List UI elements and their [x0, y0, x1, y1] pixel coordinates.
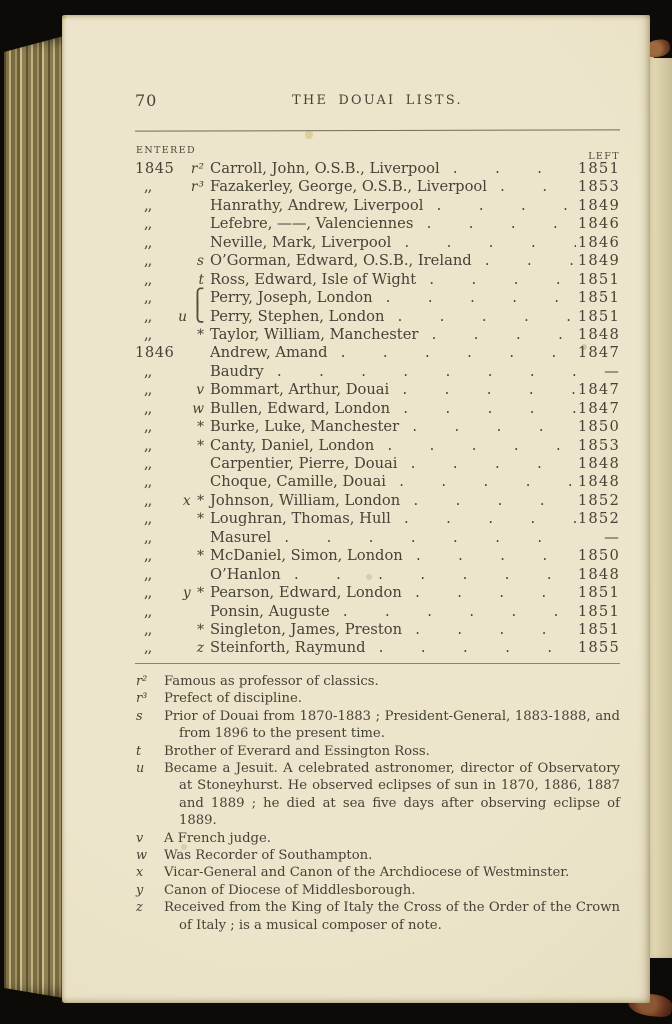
leader-dots — [423, 197, 576, 214]
table-row: ,, y * Pearson, Edward, London 1851 — [135, 584, 620, 602]
footnote-flag: * — [179, 419, 210, 435]
entered-year: ,, — [135, 400, 179, 417]
student-name: O’Gorman, Edward, O.S.B., Ireland — [210, 252, 472, 269]
table-row: ,, r³ Fazakerley, George, O.S.B., Liverp… — [135, 178, 620, 196]
footnote: u Became a Jesuit. A celebrated astronom… — [135, 760, 620, 830]
leader-dots — [402, 621, 576, 638]
leader-dots — [403, 547, 576, 564]
footnote-flag: v — [179, 382, 210, 398]
table-row: ,, * Loughran, Thomas, Hull 1852 — [135, 510, 620, 528]
left-year: 1846 — [576, 234, 620, 251]
footnote-flag: * — [179, 511, 210, 527]
left-year: 1853 — [576, 178, 620, 195]
footnote: s Prior of Douai from 1870-1883 ; Presid… — [135, 708, 620, 743]
table-row: ,, * Burke, Luke, Manchester 1850 — [135, 418, 620, 436]
footnote-flag: y * — [179, 585, 210, 601]
footnote-text: Brother of Everard and Essington Ross. — [164, 743, 620, 760]
entered-year: ,, — [135, 363, 179, 380]
left-year: 1846 — [576, 215, 620, 232]
student-name: Taylor, William, Manchester — [210, 326, 418, 343]
footnote-text: Canon of Diocese of Middlesborough. — [164, 882, 620, 899]
book-page: 70 THE DOUAI LISTS. ENTERED LEFT 1845 r²… — [62, 15, 650, 1003]
footnote: t Brother of Everard and Essington Ross. — [135, 743, 620, 760]
entered-year: ,, — [135, 492, 179, 509]
leader-dots — [328, 344, 577, 361]
leader-dots — [390, 400, 576, 417]
entered-year: ,, — [135, 639, 179, 656]
table-row: ,, Neville, Mark, Liverpool 1846 — [135, 234, 620, 252]
left-year: 1852 — [576, 510, 620, 527]
entered-year: 1845 — [135, 160, 179, 177]
book-photo: 70 THE DOUAI LISTS. ENTERED LEFT 1845 r²… — [0, 0, 672, 1024]
left-year: 1847 — [576, 344, 620, 361]
entered-year: ,, — [135, 381, 179, 398]
table-row: ,, Lefebre, ——, Valenciennes 1846 — [135, 215, 620, 233]
leader-dots — [413, 215, 576, 232]
footnote-marker: r³ — [135, 690, 164, 707]
header-rule — [135, 129, 620, 131]
entered-year: ,, — [135, 547, 179, 564]
entered-year: ,, — [135, 603, 179, 620]
student-name: Burke, Luke, Manchester — [210, 418, 399, 435]
entered-year: ,, — [135, 271, 179, 288]
column-headers: ENTERED LEFT — [135, 145, 620, 159]
table-row: ,, t Ross, Edward, Isle of Wight 1851 — [135, 271, 620, 289]
footnote-marker: r² — [135, 673, 164, 690]
leader-dots — [418, 326, 576, 343]
left-year: 1851 — [576, 308, 620, 325]
student-name: McDaniel, Simon, London — [210, 547, 403, 564]
table-row: ,, z Steinforth, Raymund 1855 — [135, 639, 620, 657]
left-year: 1849 — [576, 252, 620, 269]
leader-dots — [374, 437, 576, 454]
entry-list: 1845 r² Carroll, John, O.S.B., Liverpool… — [135, 160, 620, 658]
footnote-flag: w — [179, 401, 210, 417]
left-year: 1855 — [576, 639, 620, 656]
footnote-text: Received from the King of Italy the Cros… — [164, 899, 620, 934]
footnote-flag: r³ — [179, 179, 210, 195]
footnote-text: Famous as professor of classics. — [164, 673, 620, 690]
footnote-flag: x * — [179, 493, 210, 509]
footnote-flag: * — [179, 438, 210, 454]
entered-year: ,, — [135, 308, 179, 325]
left-year: 1850 — [576, 418, 620, 435]
left-year: 1848 — [576, 326, 620, 343]
footnote-text: A French judge. — [164, 830, 620, 847]
footnote-text: Prior of Douai from 1870-1883 ; Presiden… — [164, 708, 620, 743]
leader-dots — [386, 473, 576, 490]
table-row: ,, ⎧ Perry, Joseph, London 1851 — [135, 289, 620, 307]
footnote-marker: v — [135, 830, 164, 847]
left-year: 1851 — [576, 584, 620, 601]
footnote: r³ Prefect of discipline. — [135, 690, 620, 707]
footnote: y Canon of Diocese of Middlesborough. — [135, 882, 620, 899]
footnote-text: Vicar-General and Canon of the Archdioce… — [164, 864, 620, 881]
entered-year: ,, — [135, 326, 179, 343]
student-name: Bommart, Arthur, Douai — [210, 381, 389, 398]
student-name: Hanrathy, Andrew, Liverpool — [210, 197, 423, 214]
leader-dots — [397, 455, 576, 472]
table-row: ,, Choque, Camille, Douai 1848 — [135, 473, 620, 491]
left-year: — — [576, 363, 620, 380]
book-page-edges — [4, 36, 64, 998]
student-name: Canty, Daniel, London — [210, 437, 374, 454]
footnote-flag: z — [179, 640, 210, 656]
entered-year: ,, — [135, 418, 179, 435]
student-name: Bullen, Edward, London — [210, 400, 390, 417]
left-year: 1853 — [576, 437, 620, 454]
left-year: 1849 — [576, 197, 620, 214]
footnote-flag: t — [179, 272, 210, 288]
leader-dots — [402, 584, 576, 601]
left-year: 1851 — [576, 603, 620, 620]
entered-year: ,, — [135, 234, 179, 251]
table-row: 1846 Andrew, Amand 1847 — [135, 344, 620, 362]
table-row: ,, v Bommart, Arthur, Douai 1847 — [135, 381, 620, 399]
table-row: 1845 r² Carroll, John, O.S.B., Liverpool… — [135, 160, 620, 178]
table-row: ,, * Taylor, William, Manchester 1848 — [135, 326, 620, 344]
footnote-list: r² Famous as professor of classics. r³ P… — [135, 673, 620, 934]
leader-dots — [391, 234, 576, 251]
table-row: ,, O’Hanlon 1848 — [135, 566, 620, 584]
student-name: Andrew, Amand — [210, 344, 328, 361]
footnote-marker: y — [135, 882, 164, 899]
footnote-marker: s — [135, 708, 164, 725]
left-year: 1848 — [576, 455, 620, 472]
student-name: Ross, Edward, Isle of Wight — [210, 271, 416, 288]
leader-dots — [330, 603, 576, 620]
student-name: Loughran, Thomas, Hull — [210, 510, 391, 527]
entered-year: ,, — [135, 510, 179, 527]
table-row: ,, x * Johnson, William, London 1852 — [135, 492, 620, 510]
table-row: ,, Carpentier, Pierre, Douai 1848 — [135, 455, 620, 473]
table-row: ,, * Canty, Daniel, London 1853 — [135, 437, 620, 455]
footnote-text: Was Recorder of Southampton. — [164, 847, 620, 864]
table-row: ,, s O’Gorman, Edward, O.S.B., Ireland 1… — [135, 252, 620, 270]
student-name: Choque, Camille, Douai — [210, 473, 386, 490]
left-year: 1847 — [576, 400, 620, 417]
footnote-marker: u — [135, 760, 164, 777]
footnote-flag: * — [179, 327, 210, 343]
student-name: Singleton, James, Preston — [210, 621, 402, 638]
entered-year: ,, — [135, 252, 179, 269]
student-name: Neville, Mark, Liverpool — [210, 234, 391, 251]
entered-year: ,, — [135, 215, 179, 232]
student-name: Perry, Stephen, London — [210, 308, 384, 325]
student-name: Johnson, William, London — [210, 492, 400, 509]
footnote: w Was Recorder of Southampton. — [135, 847, 620, 864]
leader-dots — [472, 252, 576, 269]
leader-dots — [384, 308, 576, 325]
footnote-text: Prefect of discipline. — [164, 690, 620, 707]
leader-dots — [281, 566, 576, 583]
footnote-marker: x — [135, 864, 164, 881]
student-name: Carroll, John, O.S.B., Liverpool — [210, 160, 440, 177]
footnote: r² Famous as professor of classics. — [135, 673, 620, 690]
leader-dots — [389, 381, 576, 398]
footnote-flag: s — [179, 253, 210, 269]
leader-dots — [416, 271, 576, 288]
left-year: 1852 — [576, 492, 620, 509]
leader-dots — [399, 418, 576, 435]
table-row: ,, Masurel — — [135, 529, 620, 547]
footnote-marker: z — [135, 899, 164, 916]
entered-year: ,, — [135, 197, 179, 214]
page-header: 70 THE DOUAI LISTS. — [135, 91, 620, 111]
table-row: ,, w Bullen, Edward, London 1847 — [135, 400, 620, 418]
footnote-flag: r² — [179, 161, 210, 177]
student-name: Ponsin, Auguste — [210, 603, 330, 620]
student-name: Fazakerley, George, O.S.B., Liverpool — [210, 178, 487, 195]
left-year: 1850 — [576, 547, 620, 564]
left-year: 1851 — [576, 160, 620, 177]
footnote-marker: t — [135, 743, 164, 760]
entered-year: ,, — [135, 473, 179, 490]
leader-dots — [391, 510, 576, 527]
entered-year: ,, — [135, 455, 179, 472]
left-year: 1851 — [576, 289, 620, 306]
footnote: z Received from the King of Italy the Cr… — [135, 899, 620, 934]
student-name: Lefebre, ——, Valenciennes — [210, 215, 413, 232]
entered-year: ,, — [135, 566, 179, 583]
left-year: 1848 — [576, 566, 620, 583]
entered-year: ,, — [135, 289, 179, 306]
left-year: 1851 — [576, 271, 620, 288]
table-row: ,, Baudry — — [135, 363, 620, 381]
brace-icon: ⎩ — [190, 306, 205, 316]
entered-year: 1846 — [135, 344, 179, 361]
table-row: ,, u⎩ Perry, Stephen, London 1851 — [135, 308, 620, 326]
table-row: ,, Hanrathy, Andrew, Liverpool 1849 — [135, 197, 620, 215]
left-year: 1851 — [576, 621, 620, 638]
entered-year: ,, — [135, 529, 179, 546]
footnote-rule — [135, 663, 620, 664]
footnote-flag: * — [179, 548, 210, 564]
table-row: ,, Ponsin, Auguste 1851 — [135, 603, 620, 621]
leader-dots — [487, 178, 576, 195]
student-name: Perry, Joseph, London — [210, 289, 373, 306]
footnote-flag: u⎩ — [179, 309, 210, 325]
leader-dots — [264, 363, 576, 380]
leader-dots — [271, 529, 576, 546]
student-name: Masurel — [210, 529, 271, 546]
student-name: Baudry — [210, 363, 264, 380]
running-title: THE DOUAI LISTS. — [135, 93, 620, 108]
student-name: Carpentier, Pierre, Douai — [210, 455, 397, 472]
left-year: — — [576, 529, 620, 546]
leader-dots — [440, 160, 576, 177]
entered-year: ,, — [135, 437, 179, 454]
left-year: 1847 — [576, 381, 620, 398]
column-header-entered: ENTERED — [136, 145, 196, 156]
student-name: O’Hanlon — [210, 566, 281, 583]
entered-year: ,, — [135, 178, 179, 195]
page-foxing-specks — [62, 15, 66, 19]
leader-dots — [373, 289, 576, 306]
footnote-text: Became a Jesuit. A celebrated astronomer… — [164, 760, 620, 830]
table-row: ,, * McDaniel, Simon, London 1850 — [135, 547, 620, 565]
table-row: ,, * Singleton, James, Preston 1851 — [135, 621, 620, 639]
leader-dots — [366, 639, 576, 656]
student-name: Pearson, Edward, London — [210, 584, 402, 601]
footnote-flag: * — [179, 622, 210, 638]
leader-dots — [400, 492, 576, 509]
footnote-marker: w — [135, 847, 164, 864]
footnote: x Vicar-General and Canon of the Archdio… — [135, 864, 620, 881]
left-year: 1848 — [576, 473, 620, 490]
student-name: Steinforth, Raymund — [210, 639, 366, 656]
entered-year: ,, — [135, 621, 179, 638]
footnote: v A French judge. — [135, 830, 620, 847]
entered-year: ,, — [135, 584, 179, 601]
